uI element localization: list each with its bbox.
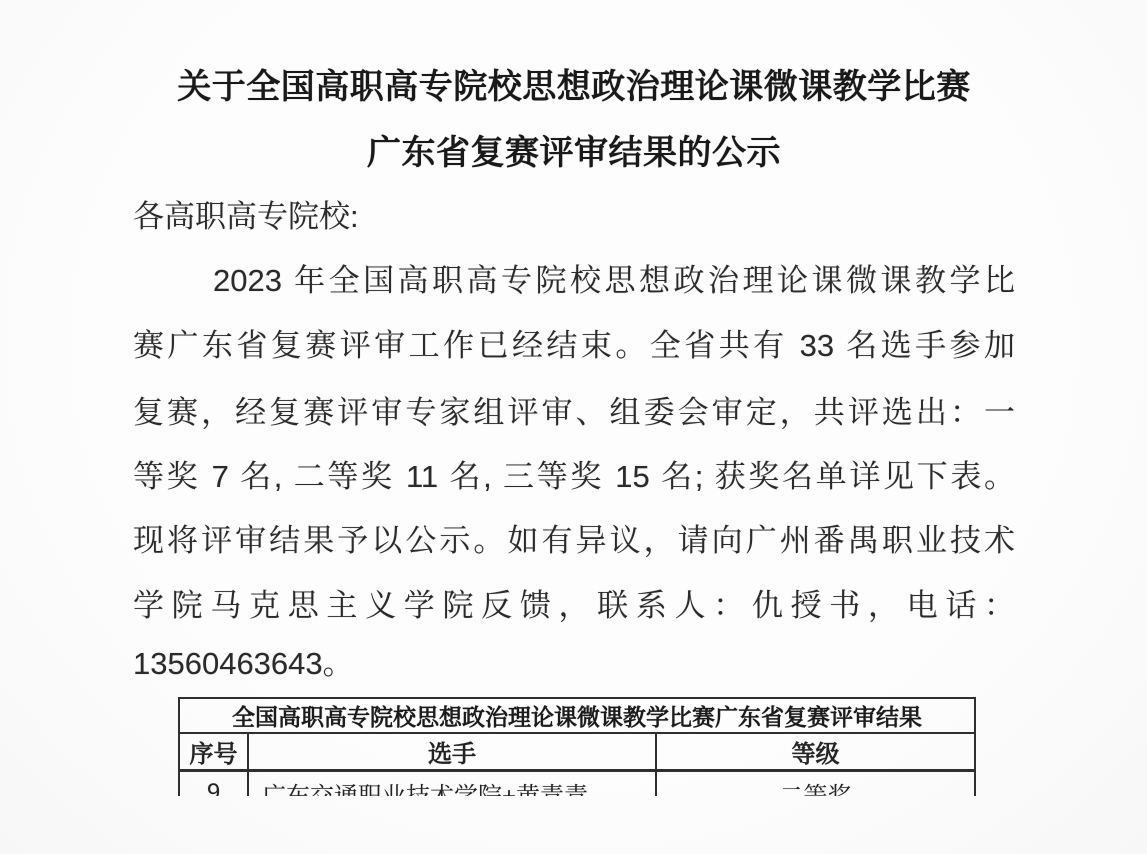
paragraph-line-2: 赛广东省复赛评审工作已经结束。全省共有 33 名选手参加 xyxy=(133,325,1015,367)
column-header-contestant: 选手 xyxy=(248,733,656,771)
salutation-line: 各高职高专院校: xyxy=(133,196,1015,238)
document-title-line-1: 关于全国高职高专院校思想政治理论课微课教学比赛 xyxy=(133,64,1015,110)
table-row: 9 广东交通职业技术学院+黄青青 二等奖 xyxy=(179,771,975,797)
paragraph-line-3: 复赛，经复赛评审专家组评审、组委会审定，共评选出：一 xyxy=(133,392,1015,434)
results-table-region: 全国高职高专院校思想政治理论课微课教学比赛广东省复赛评审结果 序号 选手 等级 … xyxy=(178,697,978,796)
document-page: 关于全国高职高专院校思想政治理论课微课教学比赛 广东省复赛评审结果的公示 各高职… xyxy=(0,0,1147,854)
column-header-index: 序号 xyxy=(179,733,248,771)
cell-index: 9 xyxy=(179,771,248,797)
paragraph-line-6: 学院马克思主义学院反馈，联系人：仇授书，电话： xyxy=(133,585,1015,627)
column-header-award: 等级 xyxy=(656,733,975,771)
cell-award: 二等奖 xyxy=(656,771,975,797)
paragraph-line-5: 现将评审结果予以公示。如有异议，请向广州番禺职业技术 xyxy=(133,520,1015,562)
paragraph-line-4: 等奖 7 名, 二等奖 11 名, 三等奖 15 名; 获奖名单详见下表。 xyxy=(133,456,1015,498)
document-title-line-2: 广东省复赛评审结果的公示 xyxy=(133,130,1015,176)
table-header-row: 序号 选手 等级 xyxy=(179,733,975,771)
table-caption: 全国高职高专院校思想政治理论课微课教学比赛广东省复赛评审结果 xyxy=(179,698,975,733)
paragraph-line-1: 2023 年全国高职高专院校思想政治理论课微课教学比 xyxy=(133,260,1015,302)
results-table: 全国高职高专院校思想政治理论课微课教学比赛广东省复赛评审结果 序号 选手 等级 … xyxy=(178,697,976,796)
cell-contestant: 广东交通职业技术学院+黄青青 xyxy=(248,771,656,797)
phone-number-line: 13560463643。 xyxy=(133,643,1015,685)
table-caption-row: 全国高职高专院校思想政治理论课微课教学比赛广东省复赛评审结果 xyxy=(179,698,975,733)
